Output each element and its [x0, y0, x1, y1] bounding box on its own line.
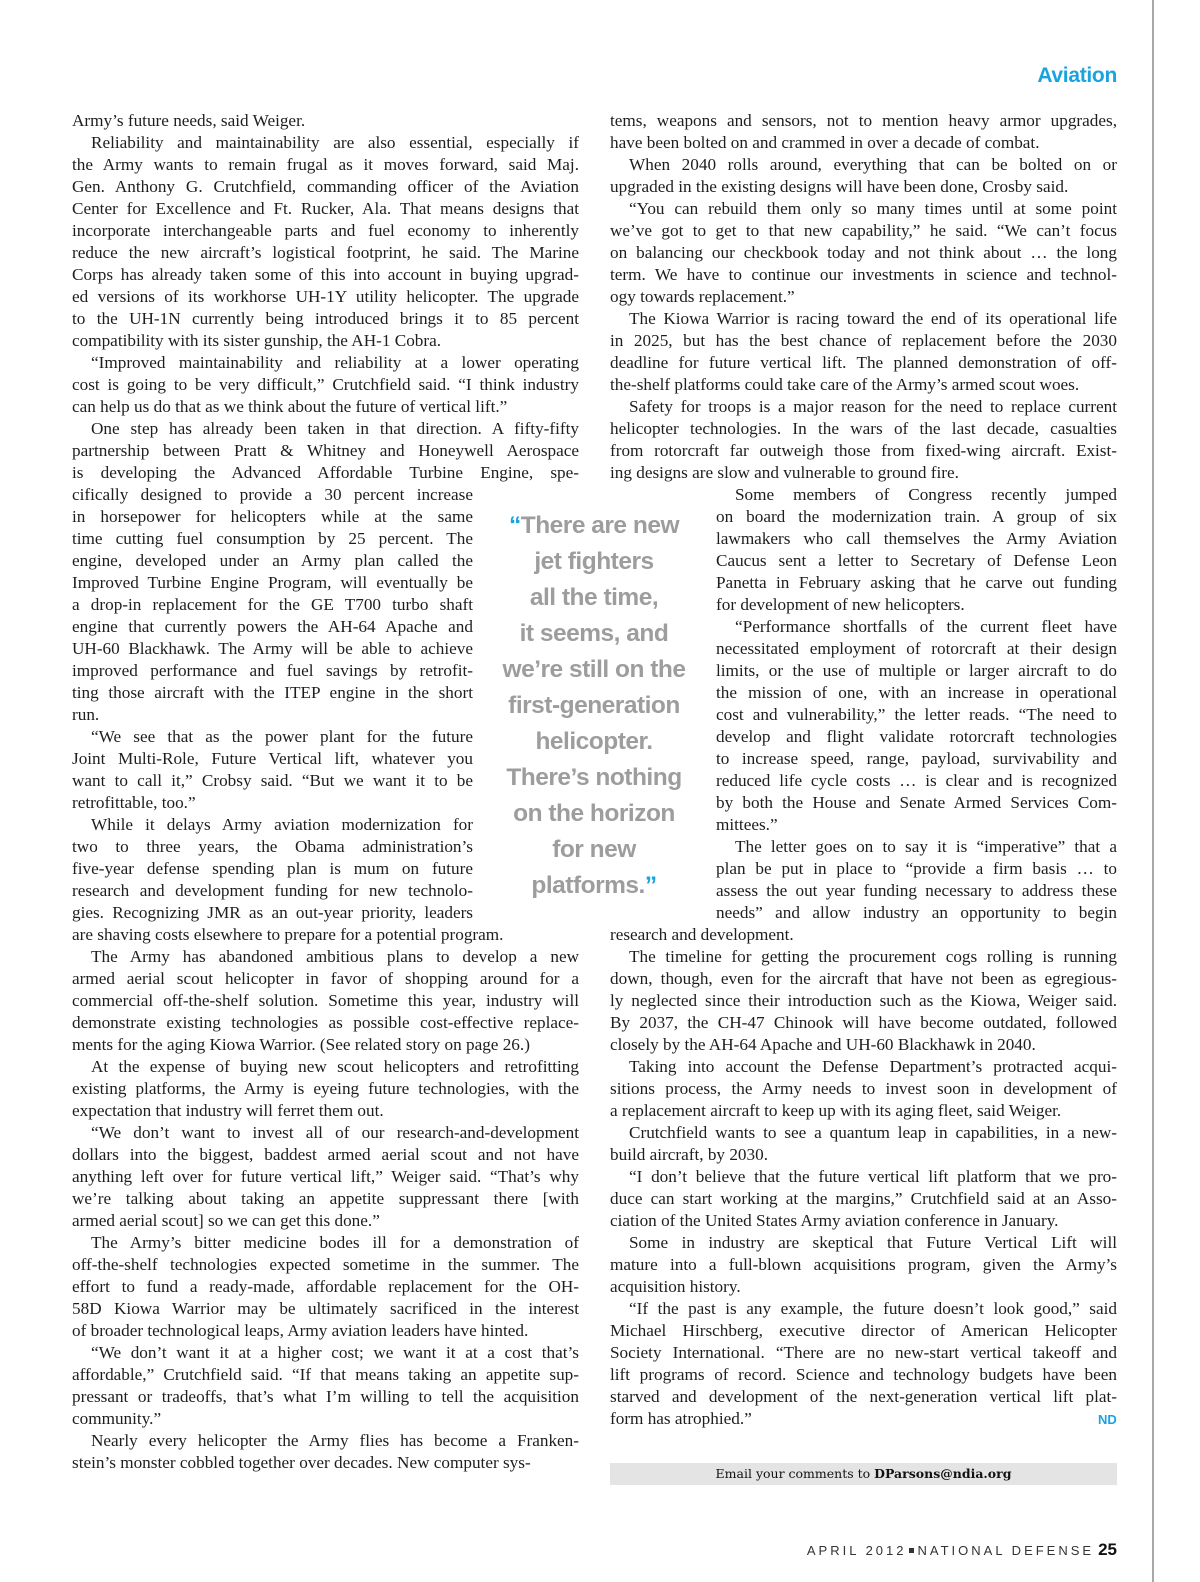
pull-quote: “There are newjet fightersall the time,i… [490, 508, 698, 904]
text-line: Army’s future needs, said Weiger. [72, 110, 579, 132]
text-line: off-the-shelf technologies expected some… [72, 1254, 579, 1276]
text-line: limits, or the use of multiple or larger… [716, 660, 1117, 682]
text-line: The Kiowa Warrior is racing toward the e… [610, 308, 1117, 330]
pull-quote-text: jet fighters [534, 548, 653, 575]
text-line: Gen. Anthony G. Crutchfield, commanding … [72, 176, 579, 198]
text-line: mittees.” [716, 814, 1117, 836]
text-line: the mission of one, with an increase in … [716, 682, 1117, 704]
open-quote-mark: “ [509, 512, 521, 539]
text-line: form has atrophied.” [610, 1408, 1117, 1430]
text-line: helicopter technologies. In the wars of … [610, 418, 1117, 440]
pull-quote-line: it seems, and [490, 616, 698, 652]
text-line: “We see that as the power plant for the … [72, 726, 473, 748]
text-line: partnership between Pratt & Whitney and … [72, 440, 579, 462]
text-line: research and development. [610, 924, 1117, 946]
text-line: tems, weapons and sensors, not to mentio… [610, 110, 1117, 132]
text-line: for development of new helicopters. [716, 594, 1117, 616]
text-line: 58D Kiowa Warrior may be ultimately sacr… [72, 1298, 579, 1320]
text-line: “I don’t believe that the future vertica… [610, 1166, 1117, 1188]
pull-quote-text: helicopter. [535, 728, 652, 755]
text-line: ting those aircraft with the ITEP engine… [72, 682, 473, 704]
pull-quote-line: platforms.” [490, 868, 698, 904]
text-line: ly neglected since their introduction su… [610, 990, 1117, 1012]
text-line: down, though, even for the aircraft that… [610, 968, 1117, 990]
text-line: research and development funding for new… [72, 880, 473, 902]
text-line: lawmakers who call themselves the Army A… [716, 528, 1117, 550]
text-line: needs” and allow industry an opportunity… [716, 902, 1117, 924]
email-comments-bar: Email your comments to DParsons@ndia.org [610, 1463, 1117, 1485]
text-line: stein’s monster cobbled together over de… [72, 1452, 579, 1474]
text-line: engine that currently powers the AH-64 A… [72, 616, 473, 638]
text-line: to increase speed, range, payload, survi… [716, 748, 1117, 770]
text-line: pressant or tradeoffs, that’s what I’m w… [72, 1386, 579, 1408]
text-line: community.” [72, 1408, 579, 1430]
text-line: affordable,” Crutchfield said. “If that … [72, 1364, 579, 1386]
text-line: Panetta in February asking that he carve… [716, 572, 1117, 594]
text-line: ments for the aging Kiowa Warrior. (See … [72, 1034, 579, 1056]
pull-quote-text: platforms. [531, 872, 644, 899]
text-line: upgraded in the existing designs will ha… [610, 176, 1117, 198]
text-line: ing designs are slow and vulnerable to g… [610, 462, 1117, 484]
text-line: on board the modernization train. A grou… [716, 506, 1117, 528]
text-line: cifically designed to provide a 30 perce… [72, 484, 473, 506]
pull-quote-line: all the time, [490, 580, 698, 616]
text-line: Caucus sent a letter to Secretary of Def… [716, 550, 1117, 572]
text-line: ciation of the United States Army aviati… [610, 1210, 1117, 1232]
pull-quote-line: jet fighters [490, 544, 698, 580]
text-line: The Army’s bitter medicine bodes ill for… [72, 1232, 579, 1254]
text-line: The timeline for getting the procurement… [610, 946, 1117, 968]
text-line: Some members of Congress recently jumped [716, 484, 1117, 506]
text-line: Center for Excellence and Ft. Rucker, Al… [72, 198, 579, 220]
text-line: commercial off-the-shelf solution. Somet… [72, 990, 579, 1012]
text-line: Some in industry are skeptical that Futu… [610, 1232, 1117, 1254]
text-line: a replacement aircraft to keep up with i… [610, 1100, 1117, 1122]
section-label: Aviation [1037, 64, 1117, 88]
text-line: of broader technological leaps, Army avi… [72, 1320, 579, 1342]
text-line: “If the past is any example, the future … [610, 1298, 1117, 1320]
text-line: Society International. “There are no new… [610, 1342, 1117, 1364]
text-line: from rotorcraft far outweigh those from … [610, 440, 1117, 462]
text-line: acquisition history. [610, 1276, 1117, 1298]
text-line: five-year defense spending plan is mum o… [72, 858, 473, 880]
text-line: time cutting fuel consumption by 25 perc… [72, 528, 473, 550]
pull-quote-text: There are new [521, 512, 679, 539]
close-quote-mark: ” [645, 872, 657, 899]
text-line: plan be put in place to “provide a firm … [716, 858, 1117, 880]
text-line: on balancing our checkbook today and not… [610, 242, 1117, 264]
text-line: necessitated employment of rotorcraft at… [716, 638, 1117, 660]
text-line: gies. Recognizing JMR as an out-year pri… [72, 902, 473, 924]
pull-quote-text: we’re still on the [503, 656, 686, 683]
text-line: improved performance and fuel savings by… [72, 660, 473, 682]
text-line: duce can start working at the margins,” … [610, 1188, 1117, 1210]
page-edge-rule [1152, 0, 1154, 1582]
text-line: compatibility with its sister gunship, t… [72, 330, 579, 352]
pull-quote-line: we’re still on the [490, 652, 698, 688]
pull-quote-line: on the horizon [490, 796, 698, 832]
end-mark: ND [1098, 1412, 1117, 1427]
text-line: engine, developed under an Army plan cal… [72, 550, 473, 572]
pull-quote-line: for new [490, 832, 698, 868]
text-line: By 2037, the CH-47 Chinook will have bec… [610, 1012, 1117, 1034]
text-line: can help us do that as we think about th… [72, 396, 579, 418]
text-line: lift programs of record. Science and tec… [610, 1364, 1117, 1386]
email-link[interactable]: DParsons@ndia.org [874, 1466, 1011, 1481]
text-line: assess the out year funding necessary to… [716, 880, 1117, 902]
pull-quote-line: “There are new [490, 508, 698, 544]
text-line: Corps has already taken some of this int… [72, 264, 579, 286]
page-footer: APRIL 2012NATIONAL DEFENSE25 [807, 1540, 1117, 1560]
text-line: sitions process, the Army needs to inves… [610, 1078, 1117, 1100]
text-line: expectation that industry will ferret th… [72, 1100, 579, 1122]
text-line: “We don’t want it at a higher cost; we w… [72, 1342, 579, 1364]
text-line: “Improved maintainability and reliabilit… [72, 352, 579, 374]
pull-quote-line: helicopter. [490, 724, 698, 760]
text-line: While it delays Army aviation modernizat… [72, 814, 473, 836]
text-line: demonstrate existing technologies as pos… [72, 1012, 579, 1034]
text-line: are shaving costs elsewhere to prepare f… [72, 924, 579, 946]
pull-quote-line: first-generation [490, 688, 698, 724]
text-line: ed versions of its workhorse UH-1Y utili… [72, 286, 579, 308]
text-line: Michael Hirschberg, executive director o… [610, 1320, 1117, 1342]
text-line: we’re talking about taking an appetite s… [72, 1188, 579, 1210]
text-line: armed aerial scout] so we can get this d… [72, 1210, 579, 1232]
text-line: ogy towards replacement.” [610, 286, 1117, 308]
text-line: term. We have to continue our investment… [610, 264, 1117, 286]
text-line: the-shelf platforms could take care of t… [610, 374, 1117, 396]
text-line: mature into a full-blown acquisitions pr… [610, 1254, 1117, 1276]
footer-issue: APRIL 2012 [807, 1543, 907, 1558]
text-line: anything left over for future vertical l… [72, 1166, 579, 1188]
text-line: At the expense of buying new scout helic… [72, 1056, 579, 1078]
footer-publication: NATIONAL DEFENSE [918, 1543, 1095, 1558]
text-line: the Army wants to remain frugal as it mo… [72, 154, 579, 176]
text-line: UH-60 Blackhawk. The Army will be able t… [72, 638, 473, 660]
text-line: cost is going to be very difficult,” Cru… [72, 374, 579, 396]
text-line: two to three years, the Obama administra… [72, 836, 473, 858]
text-line: armed aerial scout helicopter in favor o… [72, 968, 579, 990]
text-line: starved and development of the next-gene… [610, 1386, 1117, 1408]
text-line: we’ve got to get to that new capability,… [610, 220, 1117, 242]
pull-quote-text: all the time, [530, 584, 658, 611]
text-line: “We don’t want to invest all of our rese… [72, 1122, 579, 1144]
text-line: run. [72, 704, 473, 726]
text-line: cost and vulnerability,” the letter read… [716, 704, 1117, 726]
text-line: is developing the Advanced Affordable Tu… [72, 462, 579, 484]
text-line: “You can rebuild them only so many times… [610, 198, 1117, 220]
text-line: a drop-in replacement for the GE T700 tu… [72, 594, 473, 616]
pull-quote-lines: “There are newjet fightersall the time,i… [490, 508, 698, 904]
text-line: reduced life cycle costs … is clear and … [716, 770, 1117, 792]
text-line: in 2025, but has the best chance of repl… [610, 330, 1117, 352]
pull-quote-line: There’s nothing [490, 760, 698, 796]
text-line: want to call it,” Crobsy said. “But we w… [72, 770, 473, 792]
bullet-separator-icon [909, 1548, 914, 1553]
text-line: Crutchfield wants to see a quantum leap … [610, 1122, 1117, 1144]
text-line: Nearly every helicopter the Army flies h… [72, 1430, 579, 1452]
text-line: reduce the new aircraft’s logistical foo… [72, 242, 579, 264]
text-line: effort to fund a ready-made, affordable … [72, 1276, 579, 1298]
text-line: build aircraft, by 2030. [610, 1144, 1117, 1166]
email-prefix: Email your comments to [716, 1466, 875, 1481]
text-line: Safety for troops is a major reason for … [610, 396, 1117, 418]
pull-quote-text: first-generation [508, 692, 680, 719]
text-line: “Performance shortfalls of the current f… [716, 616, 1117, 638]
text-line: Taking into account the Defense Departme… [610, 1056, 1117, 1078]
page-number: 25 [1098, 1540, 1117, 1559]
pull-quote-text: it seems, and [520, 620, 669, 647]
text-line: Reliability and maintainability are also… [72, 132, 579, 154]
text-line: The Army has abandoned ambitious plans t… [72, 946, 579, 968]
text-line: closely by the AH-64 Apache and UH-60 Bl… [610, 1034, 1117, 1056]
text-line: retrofittable, too.” [72, 792, 473, 814]
text-line: One step has already been taken in that … [72, 418, 579, 440]
text-line: Joint Multi-Role, Future Vertical lift, … [72, 748, 473, 770]
text-line: in horsepower for helicopters while at t… [72, 506, 473, 528]
text-line: When 2040 rolls around, everything that … [610, 154, 1117, 176]
text-line: develop and flight validate rotorcraft t… [716, 726, 1117, 748]
pull-quote-text: for new [552, 836, 636, 863]
text-line: existing platforms, the Army is eyeing f… [72, 1078, 579, 1100]
text-line: to the UH-1N currently being introduced … [72, 308, 579, 330]
text-line: by both the House and Senate Armed Servi… [716, 792, 1117, 814]
pull-quote-text: on the horizon [513, 800, 675, 827]
pull-quote-text: There’s nothing [506, 764, 681, 791]
text-line: The letter goes on to say it is “imperat… [716, 836, 1117, 858]
text-line: have been bolted on and crammed in over … [610, 132, 1117, 154]
text-line: incorporate interchangeable parts and fu… [72, 220, 579, 242]
text-line: deadline for future vertical lift. The p… [610, 352, 1117, 374]
text-line: dollars into the biggest, baddest armed … [72, 1144, 579, 1166]
text-line: Improved Turbine Engine Program, will ev… [72, 572, 473, 594]
